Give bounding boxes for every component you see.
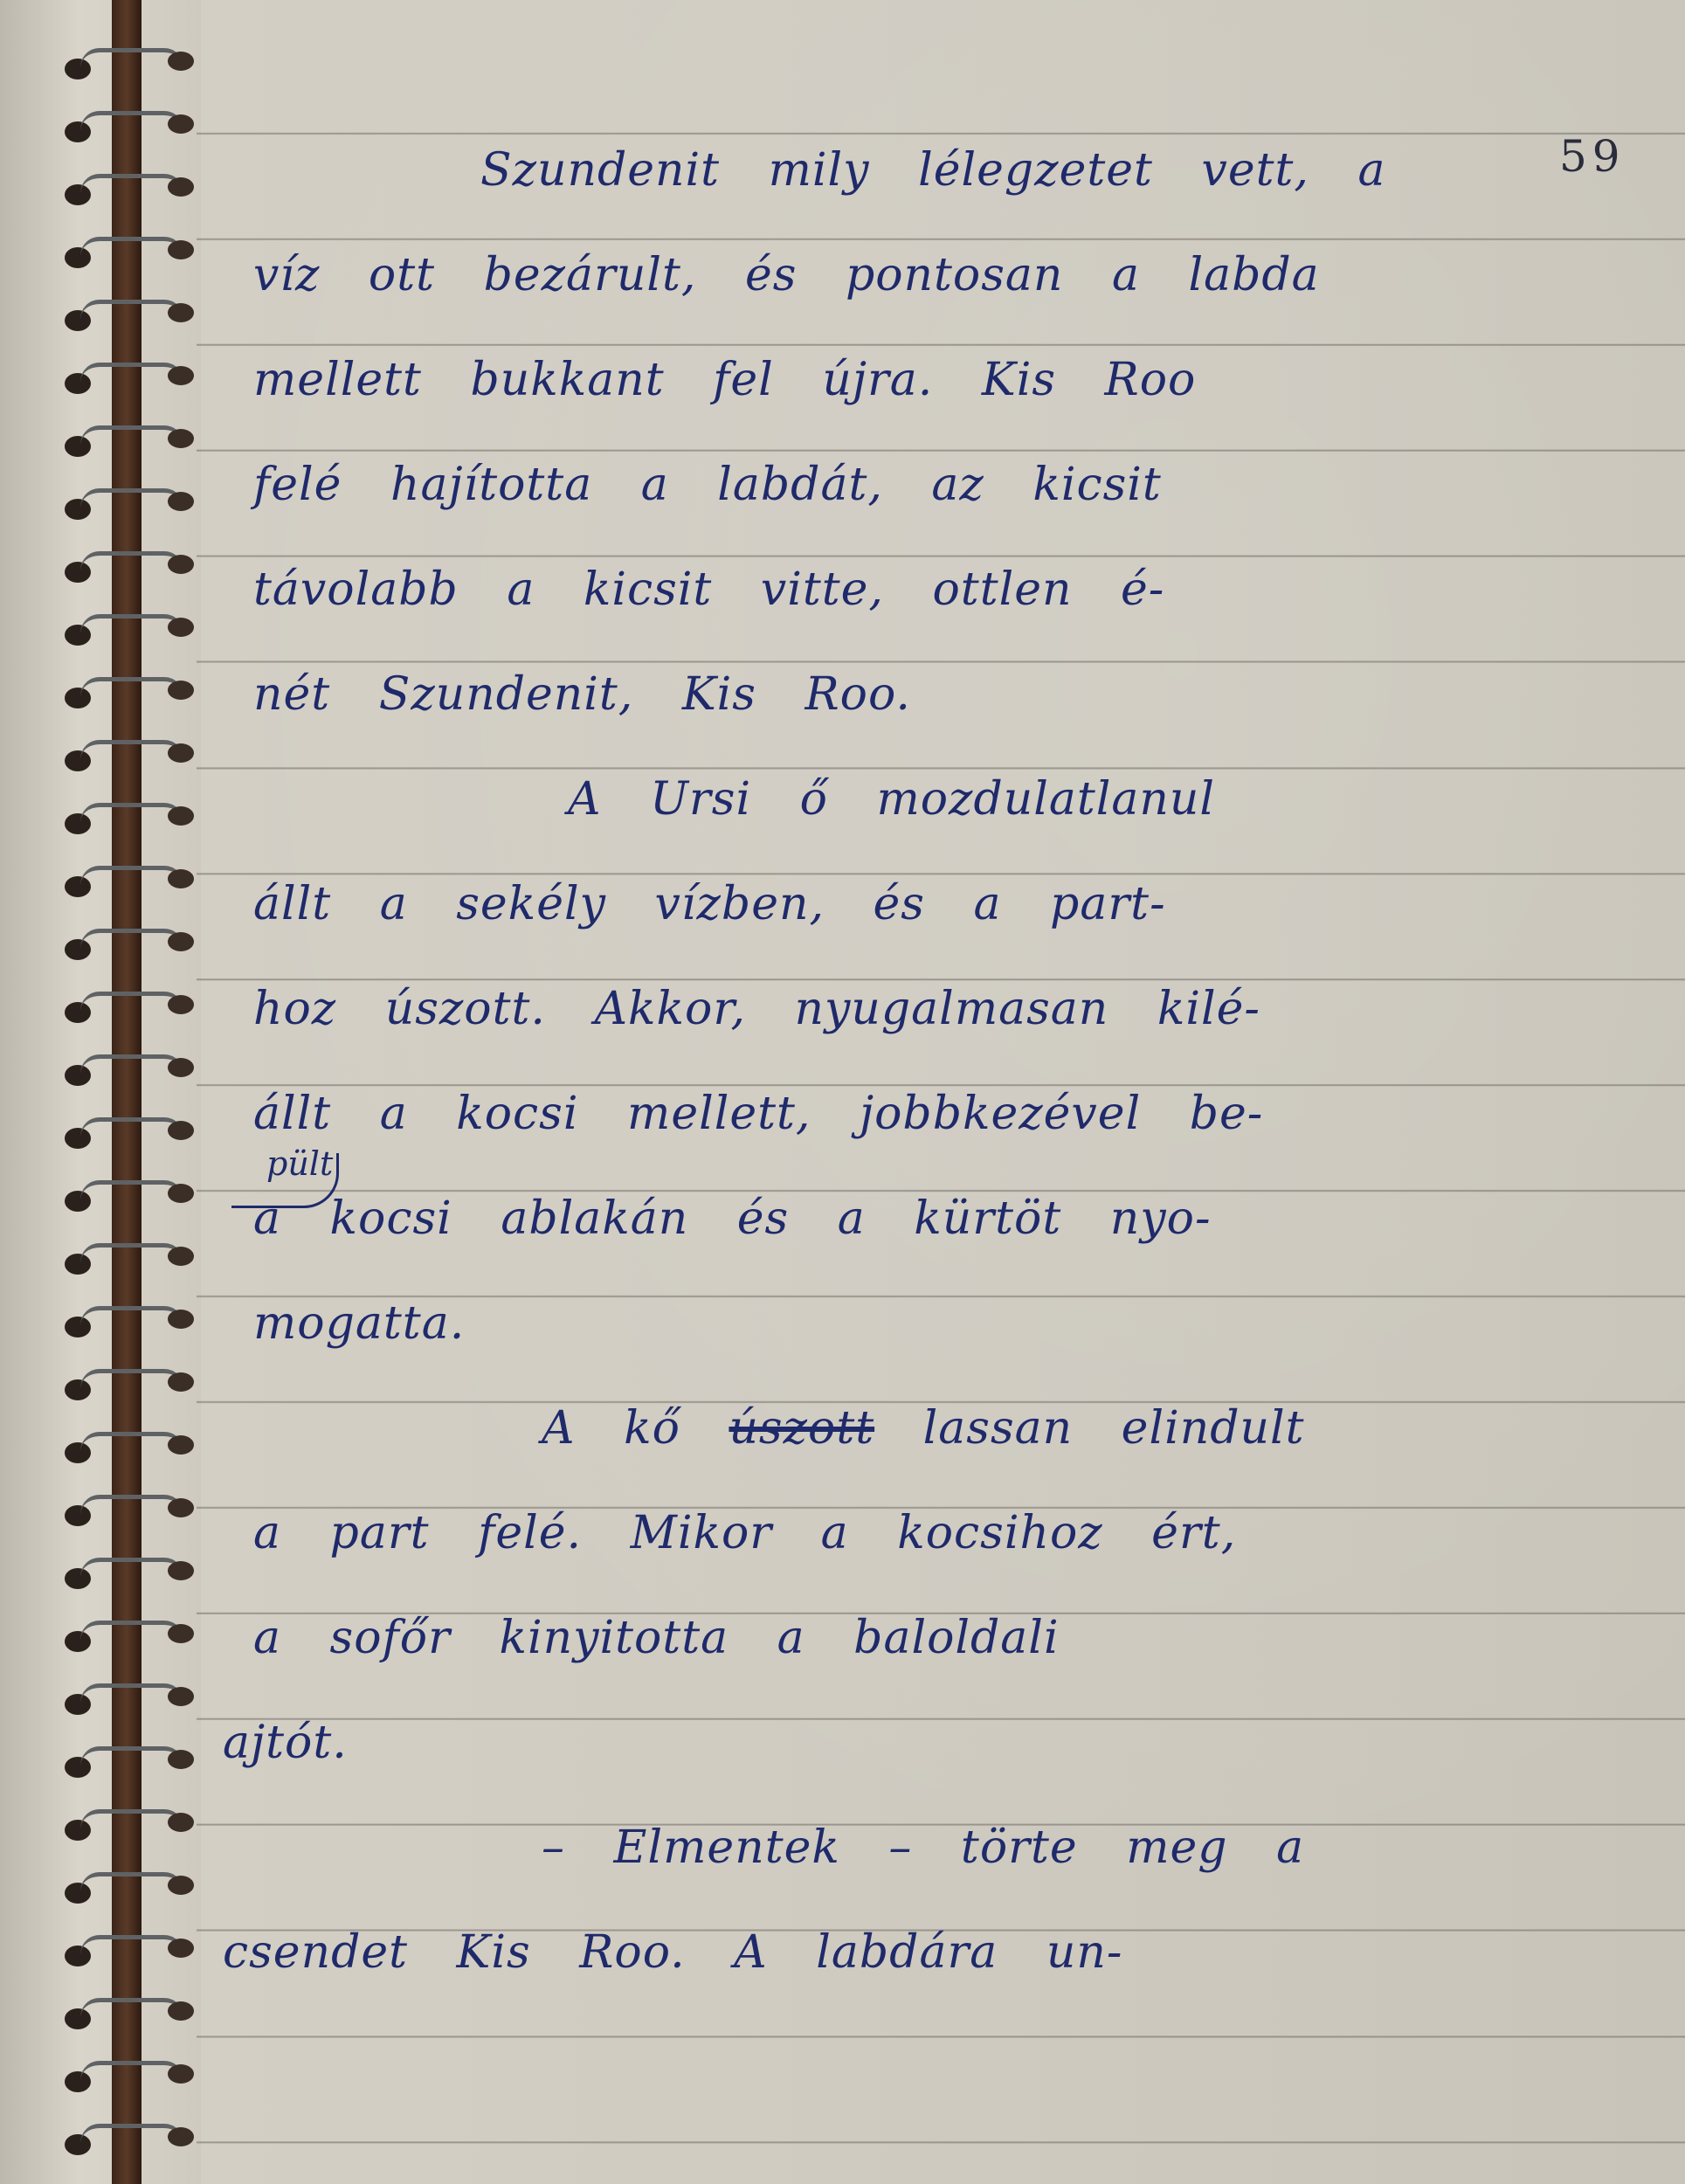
- spiral-coil: [63, 740, 194, 763]
- punch-hole: [168, 52, 194, 71]
- punch-hole: [168, 1813, 194, 1832]
- handwritten-line: a part felé. Mikor a kocsihoz ért,: [253, 1507, 1236, 1559]
- punch-hole: [168, 1310, 194, 1329]
- handwritten-line: mogatta.: [253, 1297, 465, 1350]
- handwritten-line: A Ursi ő mozdulatlanul: [568, 773, 1215, 826]
- line-end: lassan elindult: [923, 1402, 1305, 1455]
- spiral-coil: [63, 174, 194, 197]
- punch-hole: [168, 1687, 194, 1706]
- spiral-coil: [63, 2124, 194, 2146]
- handwritten-line: nét Szundenit, Kis Roo.: [253, 668, 911, 721]
- handwritten-line: Szundenit mily lélegzetet vett, a: [480, 144, 1385, 197]
- punch-hole: [168, 1498, 194, 1517]
- page-left-margin: [0, 0, 201, 2184]
- punch-hole: [168, 2001, 194, 2021]
- notebook-page: 59 Szundenit mily lélegzetet vett, a víz…: [197, 0, 1685, 2184]
- line-start: A kő: [542, 1402, 680, 1455]
- spiral-coil: [63, 992, 194, 1014]
- handwritten-line: víz ott bezárult, és pontosan a labda: [253, 249, 1320, 301]
- spiral-coil: [63, 866, 194, 888]
- punch-hole: [168, 1184, 194, 1203]
- spiral-coil: [63, 1872, 194, 1895]
- punch-hole: [168, 1624, 194, 1643]
- punch-hole: [168, 366, 194, 385]
- spiral-coil: [63, 1746, 194, 1769]
- spiral-coil: [63, 1998, 194, 2021]
- spiral-coil: [63, 803, 194, 826]
- handwritten-line: a sofőr kinyitotta a baloldali: [253, 1612, 1060, 1664]
- handwritten-line: ajtót.: [223, 1717, 348, 1769]
- spiral-coil: [63, 1935, 194, 1958]
- spiral-coil: [63, 1809, 194, 1832]
- spiral-coil: [63, 929, 194, 951]
- spiral-coil: [63, 677, 194, 700]
- punch-hole: [168, 1939, 194, 1958]
- punch-hole: [168, 1247, 194, 1266]
- punch-hole: [168, 806, 194, 826]
- punch-hole: [168, 114, 194, 134]
- spiral-coil: [63, 1621, 194, 1643]
- spiral-coil: [63, 237, 194, 259]
- punch-hole: [168, 2127, 194, 2146]
- punch-hole: [168, 1876, 194, 1895]
- punch-hole: [168, 618, 194, 637]
- punch-hole: [168, 303, 194, 322]
- punch-hole: [168, 492, 194, 511]
- spiral-coil: [63, 1432, 194, 1455]
- handwritten-line: felé hajította a labdát, az kicsit: [253, 459, 1162, 511]
- spiral-coil: [63, 425, 194, 448]
- punch-hole: [168, 1058, 194, 1077]
- handwritten-line: csendet Kis Roo. A labdára un-: [223, 1926, 1122, 1979]
- punch-hole: [168, 995, 194, 1014]
- spiral-coil: [63, 48, 194, 71]
- spiral-coil: [63, 1558, 194, 1580]
- handwritten-line: állt a kocsi mellett, jobbkezével be-: [253, 1088, 1263, 1140]
- spiral-coil: [63, 1683, 194, 1706]
- punch-hole: [168, 177, 194, 197]
- punch-hole: [168, 869, 194, 888]
- page-number: 59: [1559, 131, 1626, 182]
- spiral-coil: [63, 614, 194, 637]
- punch-hole: [168, 1372, 194, 1392]
- spiral-coil: [63, 1117, 194, 1140]
- punch-hole: [168, 1750, 194, 1769]
- notebook-spine: [112, 0, 142, 2184]
- spiral-coil: [63, 551, 194, 574]
- punch-hole: [168, 1561, 194, 1580]
- spiral-coil: [63, 363, 194, 385]
- spiral-coil: [63, 488, 194, 511]
- spiral-coil: [63, 1369, 194, 1392]
- spiral-coil: [63, 1495, 194, 1517]
- spiral-coil: [63, 1243, 194, 1266]
- handwritten-line: állt a sekély vízben, és a part-: [253, 878, 1166, 930]
- punch-hole: [168, 932, 194, 951]
- punch-hole: [168, 429, 194, 448]
- handwritten-line: hoz úszott. Akkor, nyugalmasan kilé-: [253, 983, 1260, 1035]
- handwritten-line: A kő úszott lassan elindult: [542, 1402, 1305, 1455]
- spiral-coil: [63, 111, 194, 134]
- punch-hole: [168, 743, 194, 763]
- spiral-coil: [63, 2061, 194, 2084]
- notebook-photo: 59 Szundenit mily lélegzetet vett, a víz…: [0, 0, 1685, 2184]
- spiral-coil: [63, 1054, 194, 1077]
- punch-hole: [168, 681, 194, 700]
- spiral-coil: [63, 1180, 194, 1203]
- spiral-coil: [63, 1306, 194, 1329]
- spiral-coil: [63, 300, 194, 322]
- punch-hole: [168, 240, 194, 259]
- punch-hole: [168, 1435, 194, 1455]
- handwritten-line: távolabb a kicsit vitte, ottlen é-: [253, 563, 1164, 616]
- handwritten-line: – Elmentek – törte meg a: [542, 1821, 1304, 1874]
- punch-hole: [168, 2064, 194, 2084]
- punch-hole: [168, 555, 194, 574]
- crossed-out-word: úszott: [729, 1402, 874, 1455]
- handwritten-line: mellett bukkant fel újra. Kis Roo: [253, 354, 1196, 406]
- handwritten-line: a kocsi ablakán és a kürtöt nyo-: [253, 1192, 1212, 1245]
- punch-hole: [168, 1121, 194, 1140]
